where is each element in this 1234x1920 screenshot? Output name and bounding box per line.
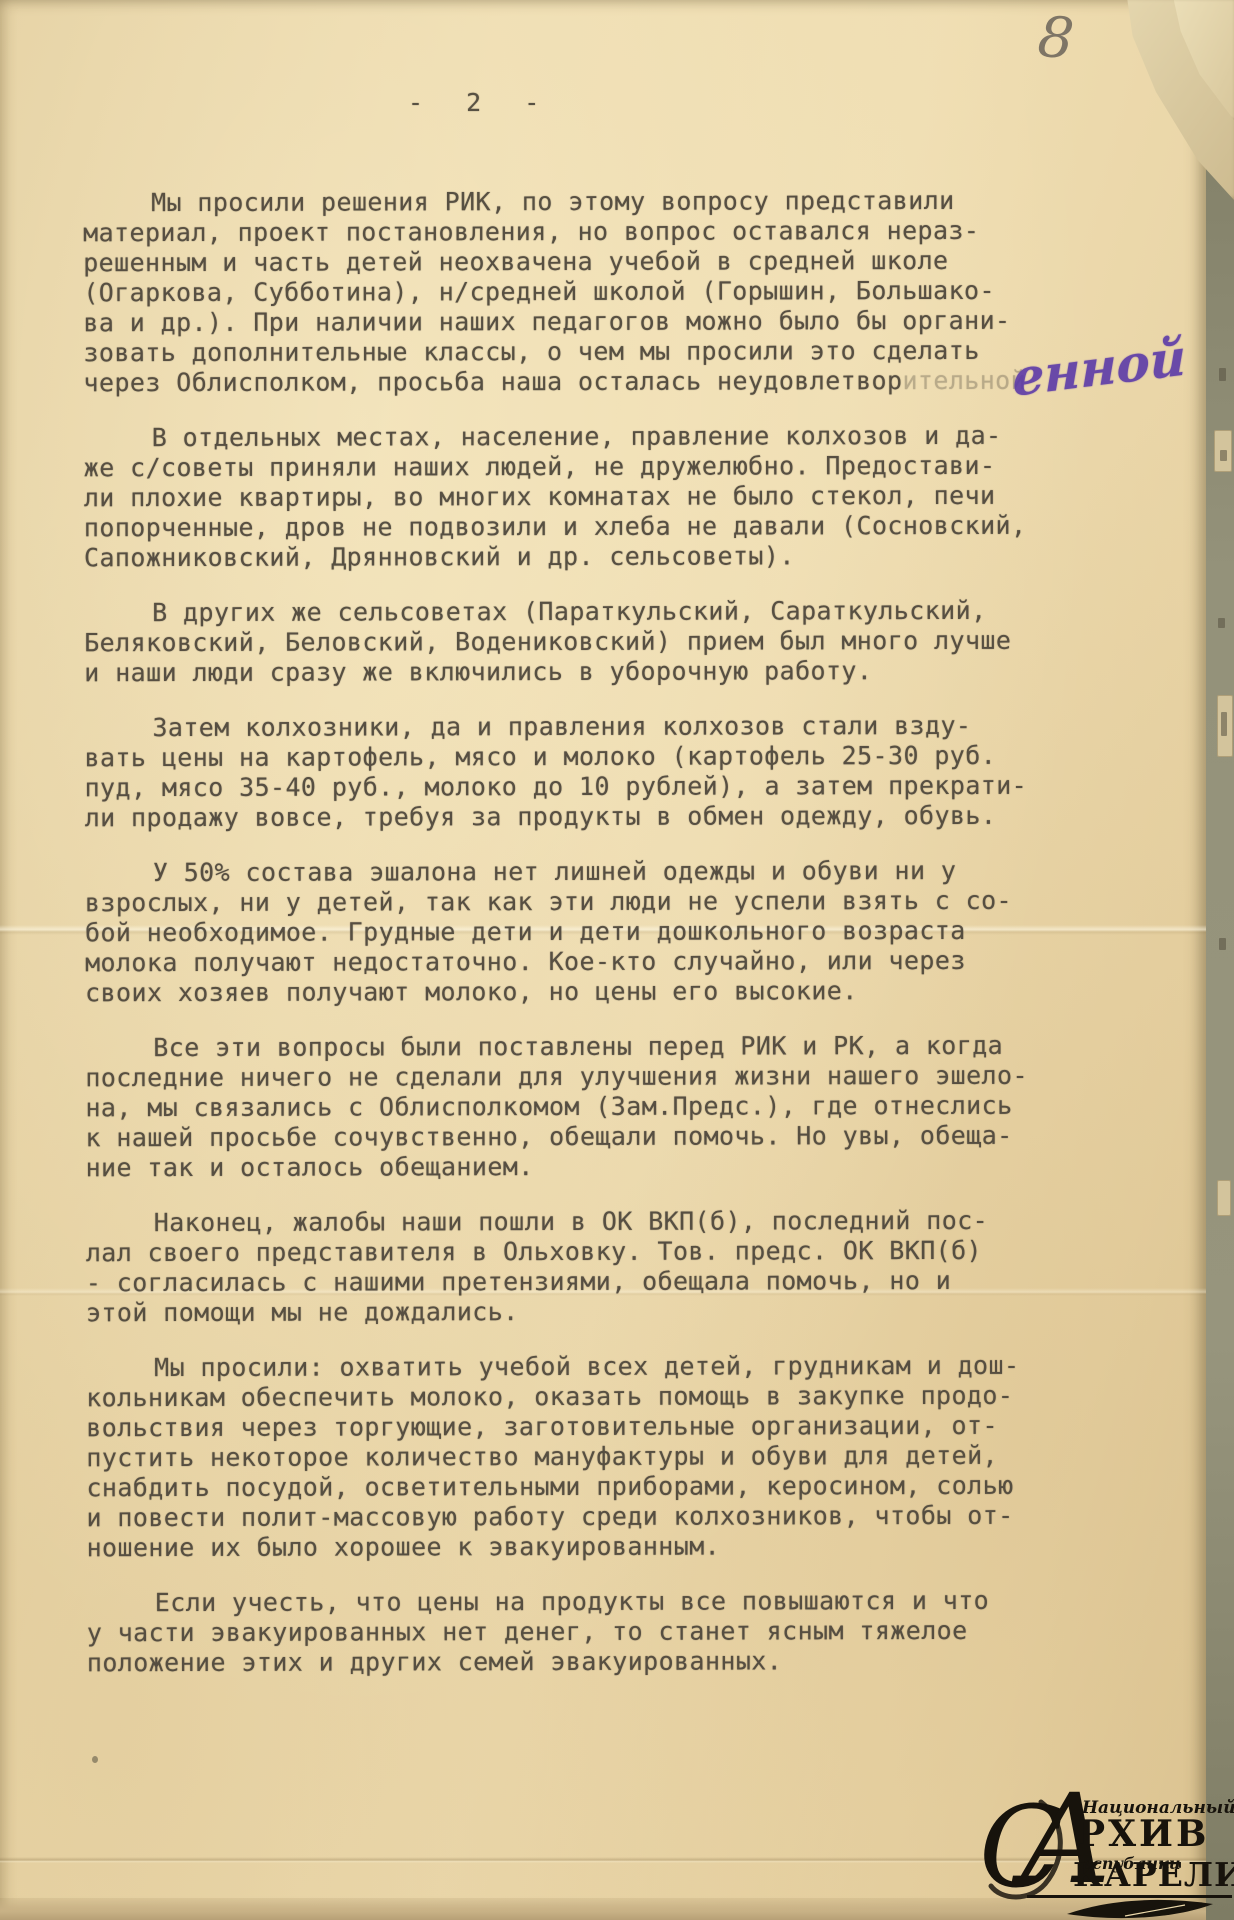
typed-line: зовать дополнительные классы, о чем мы п…	[83, 336, 1033, 368]
typed-line: вольствия через торгующие, заготовительн…	[86, 1411, 1036, 1443]
paragraph: В отдельных местах, население, правление…	[84, 421, 1034, 573]
typed-line: Мы просили решения РИК, по этому вопросу…	[83, 186, 1033, 218]
watermark-text-large-2: КАРЕЛИЯ	[1073, 1858, 1234, 1891]
ink-dot	[92, 1756, 98, 1763]
ink-speck	[1220, 450, 1227, 461]
typed-line: последние ничего не сделали для улучшени…	[85, 1061, 1035, 1093]
typed-line: бой необходимое. Грудные дети и дети дош…	[85, 916, 1035, 948]
pencil-page-number: 8	[1035, 5, 1076, 73]
typed-line: В отдельных местах, население, правление…	[84, 421, 1034, 453]
paragraph: Затем колхозники, да и правления колхозо…	[84, 711, 1034, 833]
watermark-text-large-1: РХИВ	[1078, 1816, 1209, 1852]
typed-line: своих хозяев получают молоко, но цены ег…	[85, 976, 1035, 1008]
typed-page-number: - 2 -	[408, 88, 553, 117]
typed-line: Сапожниковский, Дрянновский и др. сельсо…	[84, 541, 1034, 573]
typed-line: взрослых, ни у детей, так как эти люди н…	[85, 886, 1035, 918]
paragraph: Наконец, жалобы наши пошли в ОК ВКП(б), …	[86, 1206, 1036, 1328]
typed-line: кольникам обеспечить молоко, оказать пом…	[86, 1381, 1036, 1413]
typed-line: к нашей просьбе сочувственно, обещали по…	[85, 1121, 1035, 1153]
typed-line: и наши люди сразу же включились в убороч…	[84, 656, 1034, 688]
document-page: - 2 - Мы просили решения РИК, по этому в…	[0, 0, 1206, 1920]
faded-typed-text: ительной	[902, 366, 1026, 395]
typed-line: В других же сельсоветах (Параткульский, …	[84, 596, 1034, 628]
paragraph: Мы просили: охватить учебой всех детей, …	[86, 1351, 1037, 1563]
typed-line: Затем колхозники, да и правления колхозо…	[84, 711, 1034, 743]
typed-line: молока получают недостаточно. Кое-кто сл…	[85, 946, 1035, 978]
paragraph: У 50% состава эшалона нет лишней одежды …	[85, 856, 1035, 1008]
typed-line: у части эвакуированных нет денег, то ста…	[87, 1616, 1037, 1648]
typed-line: ва и др.). При наличии наших педагогов м…	[83, 306, 1033, 338]
archive-watermark: С А Национальный РХИВ еспублики КАРЕЛИЯ	[945, 1778, 1234, 1920]
typed-line: Мы просили: охватить учебой всех детей, …	[86, 1351, 1036, 1383]
typed-line: - согласилась с нашими претензиями, обещ…	[86, 1266, 1036, 1298]
typed-line: на, мы связались с Облисполкомом (Зам.Пр…	[85, 1091, 1035, 1123]
typed-line: пуд, мясо 35-40 руб., молоко до 10 рубле…	[85, 771, 1035, 803]
typed-line: вать цены на картофель, мясо и молоко (к…	[84, 741, 1034, 773]
typed-line: Все эти вопросы были поставлены перед РИ…	[85, 1031, 1035, 1063]
typed-line: ли продажу вовсе, требуя за продукты в о…	[85, 801, 1035, 833]
typed-line: этой помощи мы не дождались.	[86, 1296, 1036, 1328]
typed-line: же с/советы приняли наших людей, не друж…	[84, 451, 1034, 483]
typed-line: материал, проект постановления, но вопро…	[83, 216, 1033, 248]
paper-edge-fragment	[1217, 1180, 1231, 1216]
typed-line: через Облисполком, просьба наша осталась…	[83, 366, 1033, 398]
handwritten-correction: енной	[1012, 327, 1186, 408]
typed-line: ношение их было хорошее к эвакуированным…	[87, 1531, 1037, 1563]
quill-pen-icon	[1065, 1896, 1215, 1920]
typed-line: пустить некоторое количество мануфактуры…	[86, 1441, 1036, 1473]
typed-line: попорченные, дров не подвозили и хлеба н…	[84, 511, 1034, 543]
paragraph: Если учесть, что цены на продукты все по…	[87, 1586, 1037, 1678]
paragraph: Мы просили решения РИК, по этому вопросу…	[83, 186, 1034, 398]
ink-speck	[1219, 368, 1226, 381]
ink-speck	[1219, 938, 1226, 950]
typed-line: решенным и часть детей неохвачена учебой…	[83, 246, 1033, 278]
typed-line: ние так и осталось обещанием.	[86, 1151, 1036, 1183]
typed-line: снабдить посудой, осветительными прибора…	[86, 1471, 1036, 1503]
scanned-document: { "document": { "typed_page_number": "- …	[0, 0, 1234, 1920]
typed-line: ли плохие квартиры, во многих комнатах н…	[84, 481, 1034, 513]
ink-speck	[1218, 618, 1225, 628]
typed-body: Мы просили решения РИК, по этому вопросу…	[83, 186, 1037, 1703]
paragraph: В других же сельсоветах (Параткульский, …	[84, 596, 1034, 688]
typed-line: и повести полит-массовую работу среди ко…	[86, 1501, 1036, 1533]
ink-speck	[1221, 712, 1227, 736]
typed-line: У 50% состава эшалона нет лишней одежды …	[85, 856, 1035, 888]
typed-line: лал своего представителя в Ольховку. Тов…	[86, 1236, 1036, 1268]
typed-line: Наконец, жалобы наши пошли в ОК ВКП(б), …	[86, 1206, 1036, 1238]
typed-line: Беляковский, Беловский, Водениковский) п…	[84, 626, 1034, 658]
typed-line: (Огаркова, Субботина), н/средней школой …	[83, 276, 1033, 308]
typed-line: Если учесть, что цены на продукты все по…	[87, 1586, 1037, 1618]
typed-line: положение этих и других семей эвакуирова…	[87, 1646, 1037, 1678]
paragraph: Все эти вопросы были поставлены перед РИ…	[85, 1031, 1035, 1183]
